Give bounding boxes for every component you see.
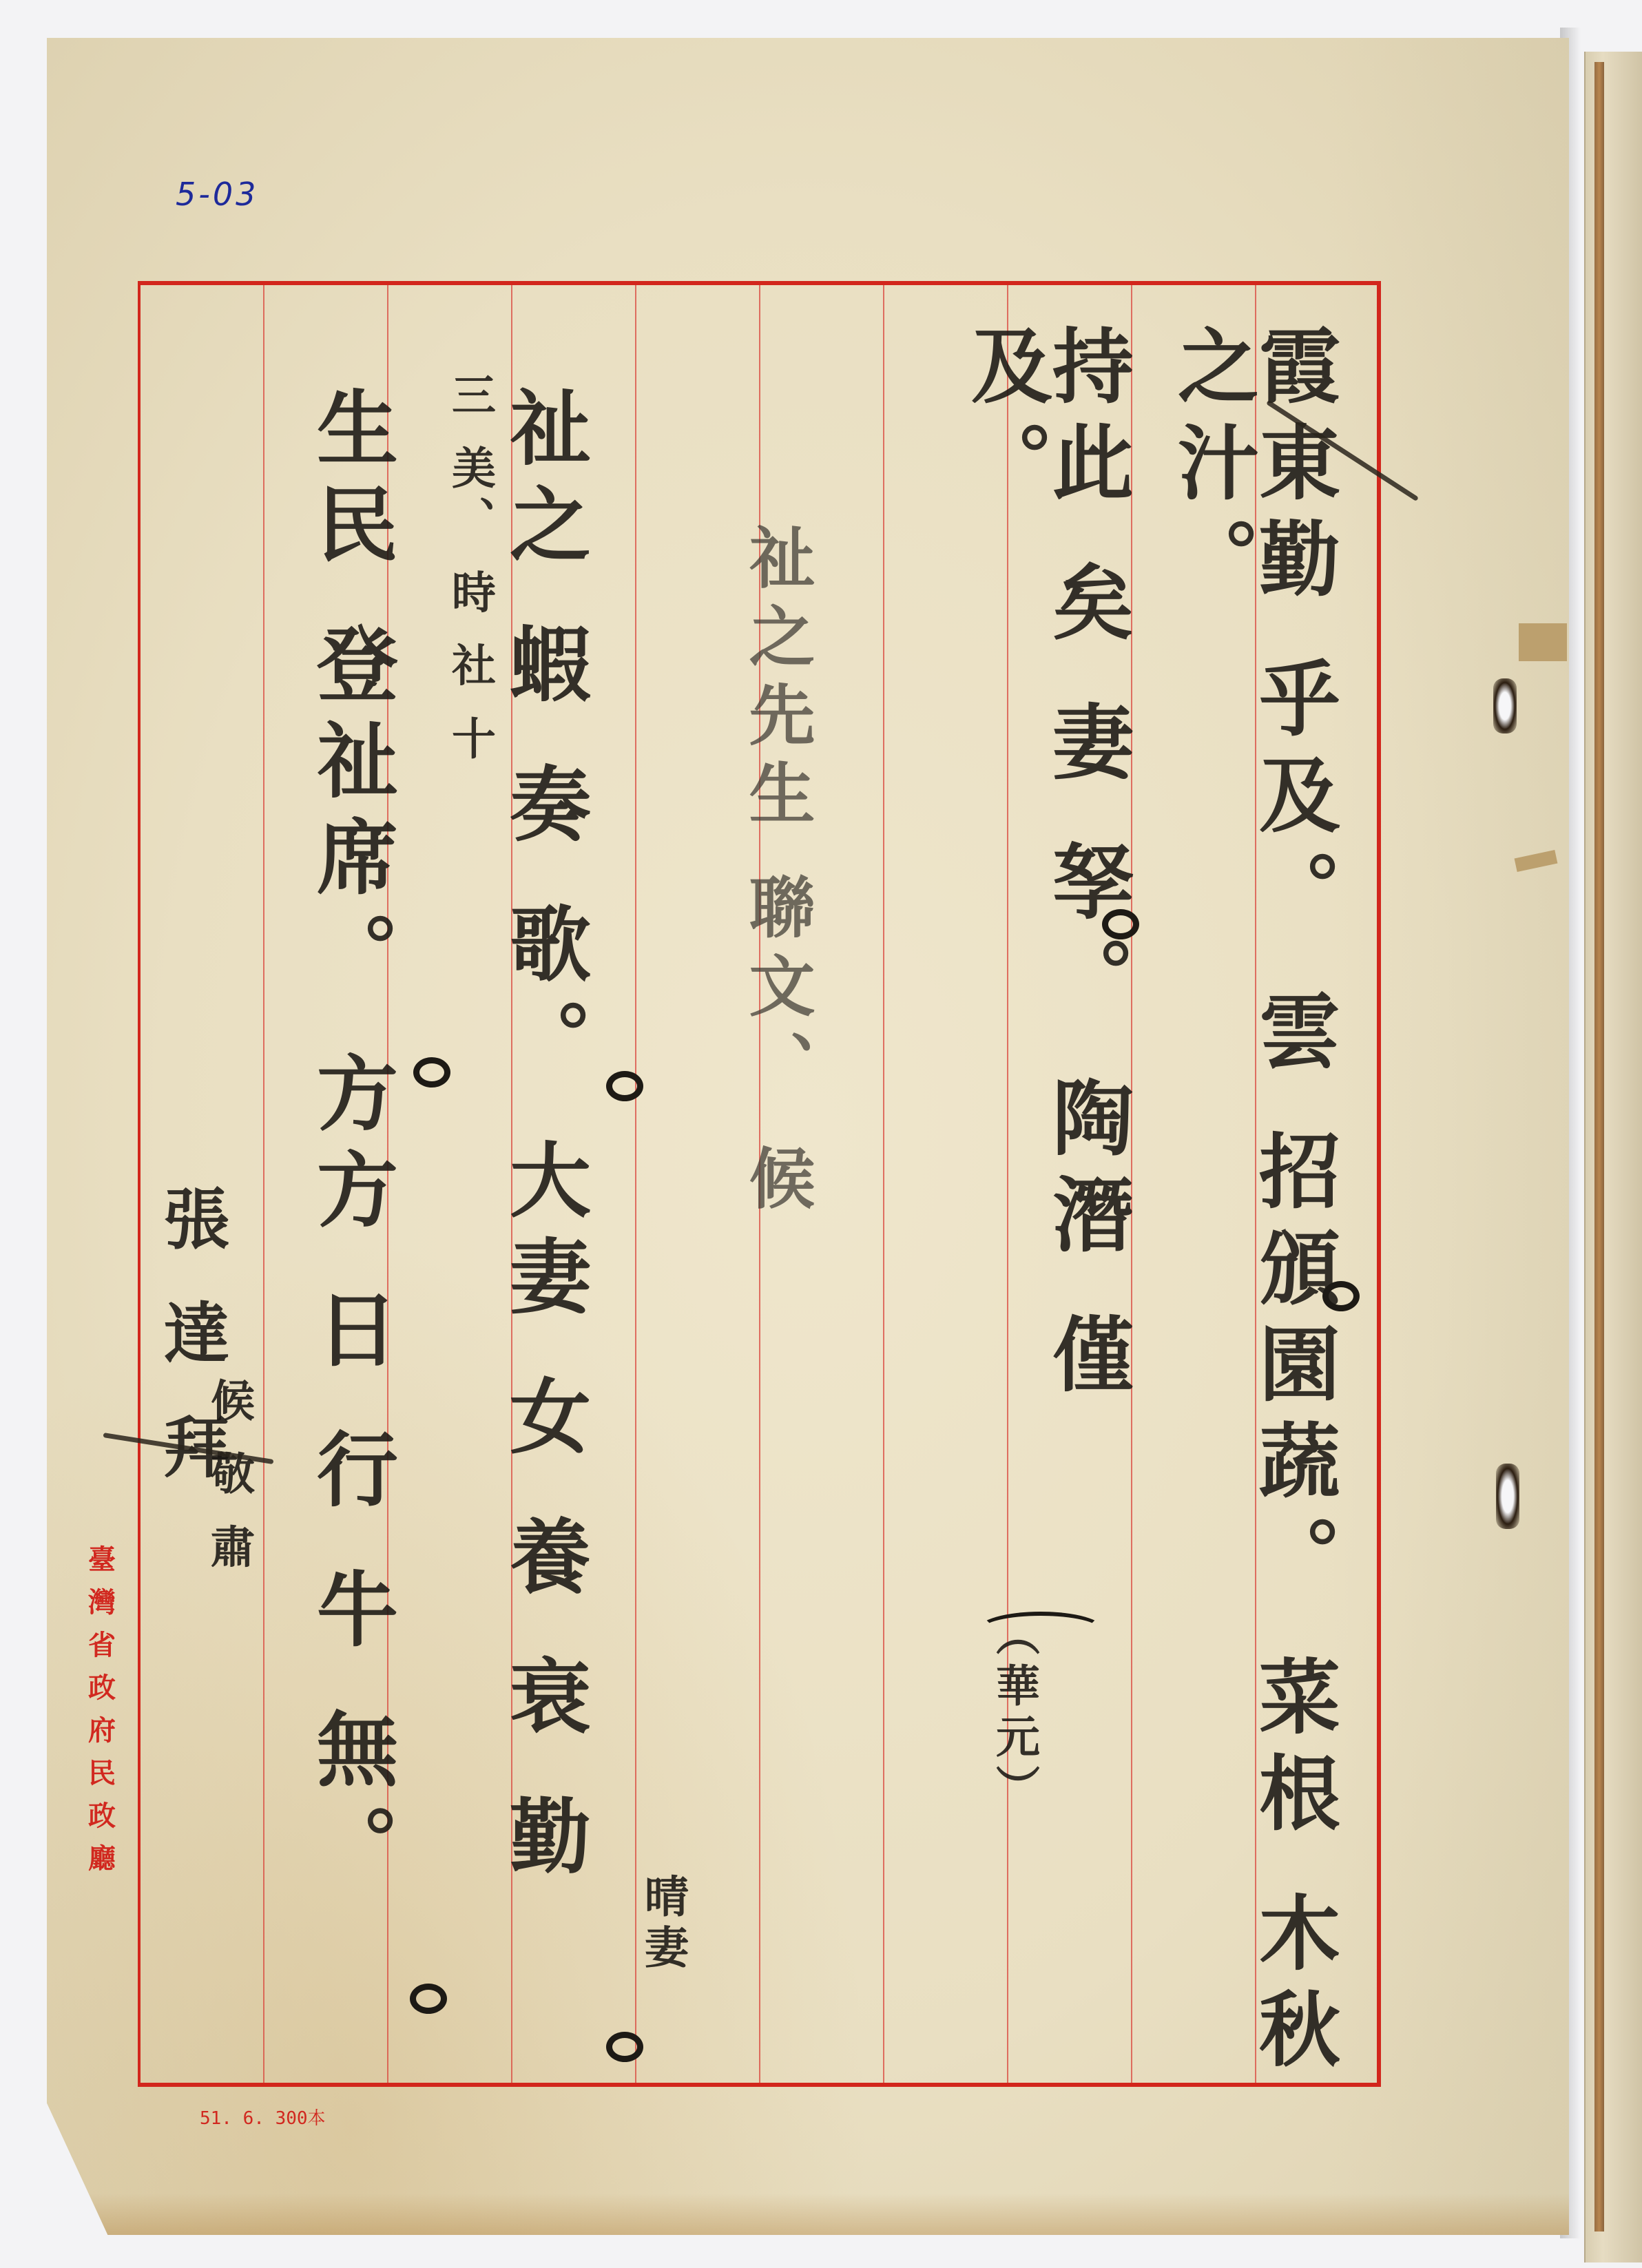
handwritten-column-5: 生民 登祉席。 方方 日 行 牛 無。	[310, 386, 391, 2039]
letterhead: 臺 灣 省 政 府 民 政 廳	[81, 1546, 123, 1873]
letterhead-char: 廳	[88, 1845, 116, 1873]
column-rule	[263, 285, 264, 2083]
column-rule	[635, 285, 636, 2083]
binding-strip	[1594, 62, 1604, 2231]
column-rule	[883, 285, 884, 2083]
letterhead-char: 灣	[88, 1589, 116, 1616]
handwritten-column-4: 祉之 蝦 奏 歌。 大妻 女 養 衰 勤	[503, 386, 584, 2039]
column-4-annotation: 晴妻	[641, 1873, 685, 2025]
handwritten-column-1: 霞東勤 乎及。 雲 招頒園蔬。 菜根 木秋之汁。	[1171, 324, 1333, 2087]
print-code: 51. 6. 300本	[200, 2104, 326, 2130]
handwritten-column-3: 祉之先生 聯文、 候	[744, 523, 810, 1763]
binding-hole-top	[1493, 678, 1517, 734]
parenthesis-arc	[978, 1612, 1103, 1647]
punctuation-circle	[1102, 909, 1139, 939]
letterhead-char: 省	[88, 1632, 116, 1659]
letterhead-char: 民	[88, 1760, 116, 1787]
punctuation-circle	[410, 1984, 447, 2014]
punctuation-circle	[1322, 1281, 1360, 1311]
punctuation-circle	[606, 1071, 643, 1101]
letterhead-char: 臺	[88, 1546, 116, 1574]
archive-number: 5-03	[176, 176, 258, 213]
punctuation-circle	[606, 2032, 643, 2062]
back-pages	[1584, 52, 1642, 2262]
paper-stain	[47, 2194, 1569, 2235]
letterhead-char: 府	[88, 1717, 116, 1745]
letterhead-char: 政	[88, 1802, 116, 1830]
tape-patch	[1519, 623, 1567, 661]
binding-hole-bottom	[1496, 1464, 1519, 1529]
handwritten-column-2: 持此 矣 妻 孥。 陶潛 僅 及。	[964, 324, 1127, 1632]
letterhead-char: 政	[88, 1674, 116, 1702]
punctuation-circle	[413, 1057, 450, 1088]
column-5-annotation: 三 美、 時 社 十	[448, 372, 492, 1749]
